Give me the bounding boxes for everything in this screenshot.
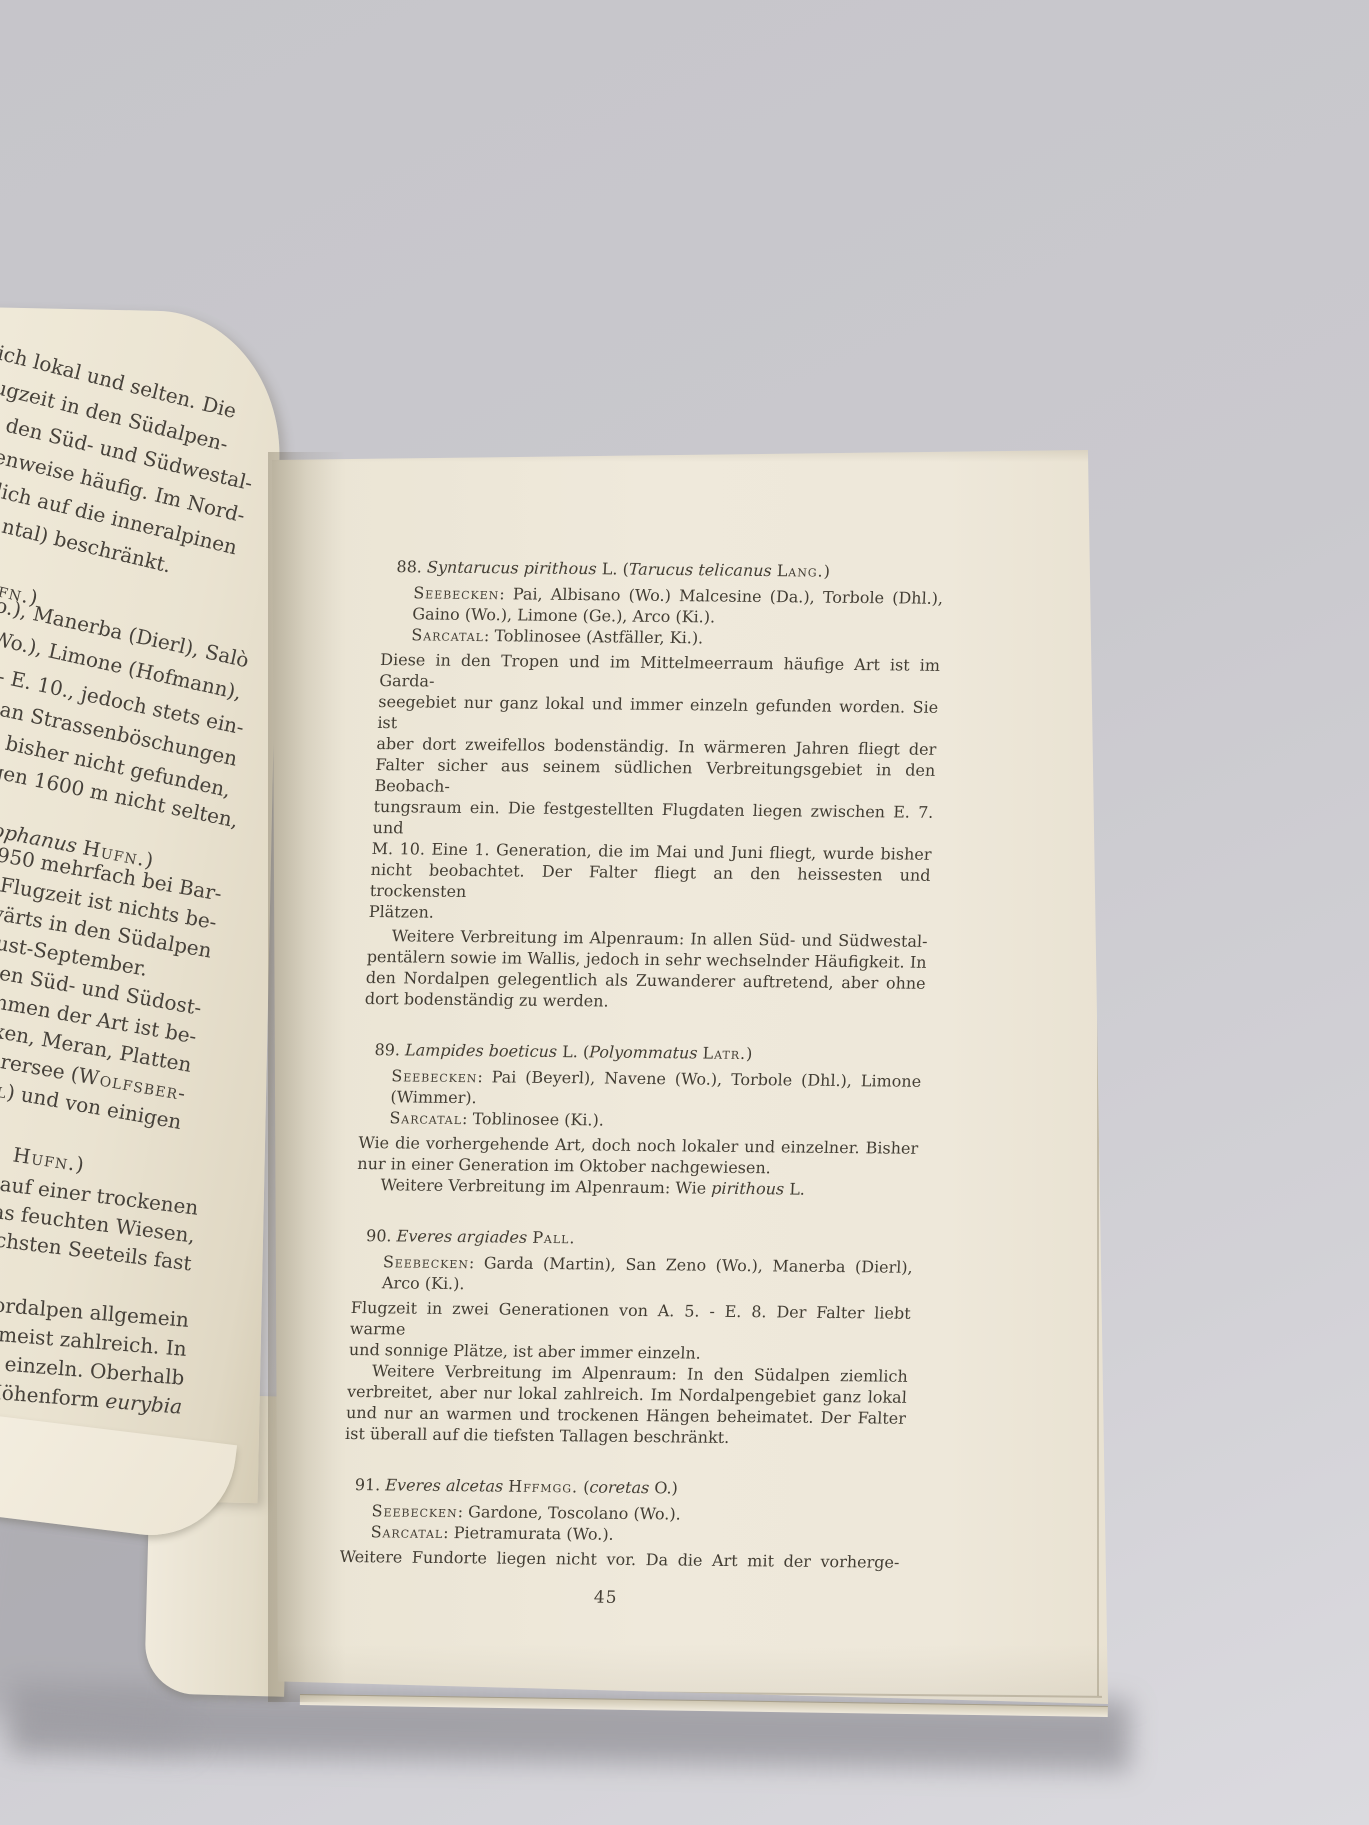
text-segment: ist überall auf die tiefsten Tallagen be… — [345, 1424, 730, 1447]
italic-text: pirithous — [711, 1179, 785, 1199]
text-segment: Flugzeit in zwei Generationen von A. 5. … — [350, 1298, 912, 1339]
smallcaps-text: Pall. — [532, 1228, 576, 1247]
paragraph: Wie die vorhergehende Art, doch noch lok… — [356, 1132, 919, 1201]
text-segment: ) — [74, 1152, 85, 1177]
species-heading: 91. Everes alcetas Hffmgg. (coretas O.) — [354, 1474, 903, 1501]
text-line: Falter sicher aus seinem südlichen Verbr… — [374, 754, 936, 802]
text-segment: und sonnige Plätze, ist aber immer einze… — [349, 1340, 702, 1363]
text-line: seegebiet nur ganz lokal und immer einze… — [377, 691, 939, 739]
right-page-text: 88. Syntarucus pirithous L. (Tarucus tel… — [337, 556, 944, 1612]
gutter-shadow — [268, 452, 346, 1702]
italic-text: eurybia — [105, 1389, 183, 1419]
species-heading: 88. Syntarucus pirithous L. (Tarucus tel… — [396, 556, 945, 583]
page-fore-edge-line — [1097, 464, 1099, 1696]
text-segment: : Pai (Beyerl), Navene (Wo.), Torbole (D… — [477, 1067, 922, 1091]
text-segment: : Toblinosee (Ki.). — [462, 1109, 605, 1129]
text-segment: Weitere Verbreitung im Alpenraum: Wie — [380, 1175, 712, 1197]
italic-text: coretas — [589, 1478, 650, 1498]
locality-block: Seebecken: Pai, Albisano (Wo.) Malcesine… — [411, 582, 944, 651]
text-segment: 90. — [366, 1226, 397, 1245]
text-segment: Gaino (Wo.), Limone (Ge.), Arco (Ki.). — [412, 604, 716, 626]
left-page-text: ensichtlich lokal und selten. DieA. 7. F… — [0, 0, 268, 1600]
text-segment: ( — [578, 1477, 590, 1496]
text-line: Plätzen. — [368, 901, 929, 928]
text-segment: Plätzen. — [368, 902, 434, 922]
smallcaps-text: Sarcatal — [411, 625, 484, 645]
text-line: Sarcatal: Toblinosee (Astfäller, Ki.). — [411, 624, 942, 651]
text-segment: ) — [823, 562, 830, 581]
italic-text: Lampides boeticus — [405, 1040, 558, 1061]
text-segment: ) — [746, 1044, 753, 1063]
smallcaps-text: Lang. — [776, 561, 824, 580]
italic-text: Everes alcetas — [385, 1475, 504, 1495]
text-segment: nicht beobachtet. Der Falter fliegt an d… — [369, 860, 931, 901]
text-segment: 91. — [354, 1475, 385, 1494]
text-line: Weitere Verbreitung im Alpenraum: Wie pi… — [356, 1174, 917, 1201]
text-segment: : Toblinosee (Astfäller, Ki.). — [484, 626, 704, 647]
locality-block: Seebecken: Pai (Beyerl), Navene (Wo.), T… — [389, 1065, 922, 1134]
locality-block: Seebecken: Gardone, Toscolano (Wo.).Sarc… — [370, 1500, 902, 1548]
text-line: nicht beobachtet. Der Falter fliegt an d… — [369, 859, 931, 907]
italic-text: Syntarucus pirithous — [427, 557, 598, 578]
text-segment: : Garda (Martin), San Zeno (Wo.), Manerb… — [469, 1253, 914, 1277]
text-segment: 88. — [396, 557, 427, 576]
locality-block: Seebecken: Garda (Martin), San Zeno (Wo.… — [382, 1251, 914, 1299]
text-line: Diese in den Tropen und im Mittelmeerrau… — [379, 649, 941, 697]
paragraph: Diese in den Tropen und im Mittelmeerrau… — [368, 649, 940, 928]
text-segment: tungsraum ein. Die festgestellten Flugda… — [372, 797, 934, 837]
text-segment: Weitere Fundorte liegen nicht vor. Da di… — [339, 1547, 900, 1572]
text-segment: Arco (Ki.). — [382, 1273, 465, 1293]
italic-text: Tarucus telicanus — [628, 560, 772, 580]
text-line: Weitere Fundorte liegen nicht vor. Da di… — [339, 1546, 900, 1573]
text-segment: L. — [784, 1179, 806, 1198]
text-segment: : Pietramurata (Wo.). — [443, 1523, 614, 1544]
paragraph: Weitere Fundorte liegen nicht vor. Da di… — [339, 1546, 900, 1573]
text-segment: 89. — [374, 1040, 405, 1059]
left-page-line-group: Nordalpen allgemeinmeist zahlreich. Inei… — [0, 1276, 190, 1421]
text-line: Sarcatal: Pietramurata (Wo.). — [370, 1521, 901, 1548]
species-heading: 90. Everes argiades Pall. — [366, 1225, 915, 1252]
smallcaps-text: Hufn. — [11, 1142, 77, 1175]
smallcaps-text: Seebecken — [391, 1066, 478, 1086]
paragraph: Weitere Verbreitung im Alpenraum: In all… — [364, 925, 928, 1015]
smallcaps-text: Latr. — [702, 1044, 746, 1063]
smallcaps-text: Seebecken — [413, 583, 500, 603]
left-page-line-group: d 1950 mehrfach bei Bar-lie Flugzeit ist… — [0, 814, 224, 1137]
text-segment: dort bodenständig zu werden. — [364, 989, 609, 1011]
text-segment: Falter sicher aus seinem südlichen Verbr… — [374, 755, 936, 796]
text-line: tungsraum ein. Die festgestellten Flugda… — [372, 796, 934, 844]
text-segment: (Wimmer). — [390, 1087, 477, 1107]
text-line: Sarcatal: Toblinosee (Ki.). — [389, 1107, 920, 1134]
smallcaps-text: Seebecken — [371, 1501, 458, 1521]
text-segment: L. ( — [557, 1042, 590, 1061]
text-segment: Diese in den Tropen und im Mittelmeerrau… — [379, 650, 941, 691]
smallcaps-text: Hffmgg. — [508, 1477, 579, 1497]
smallcaps-text: Seebecken — [383, 1252, 470, 1272]
italic-text: Polyommatus — [589, 1042, 698, 1062]
page-top-shade — [272, 450, 1108, 462]
species-heading: 89. Lampides boeticus L. (Polyommatus La… — [374, 1039, 923, 1066]
right-page-flow: 88. Syntarucus pirithous L. (Tarucus tel… — [339, 556, 945, 1573]
italic-text: Everes argiades — [396, 1226, 527, 1246]
paragraph: Flugzeit in zwei Generationen von A. 5. … — [345, 1297, 911, 1450]
text-line: Flugzeit in zwei Generationen von A. 5. … — [349, 1297, 911, 1345]
smallcaps-text: Sarcatal — [370, 1522, 443, 1542]
text-segment: : Gardone, Toscolano (Wo.). — [457, 1502, 681, 1523]
book-photo-stage: ensichtlich lokal und selten. DieA. 7. F… — [0, 0, 1369, 1825]
text-segment: seegebiet nur ganz lokal und immer einze… — [377, 692, 939, 732]
text-segment: O.) — [649, 1478, 678, 1497]
text-segment: L. ( — [596, 559, 629, 578]
smallcaps-text: Sarcatal — [389, 1108, 462, 1128]
